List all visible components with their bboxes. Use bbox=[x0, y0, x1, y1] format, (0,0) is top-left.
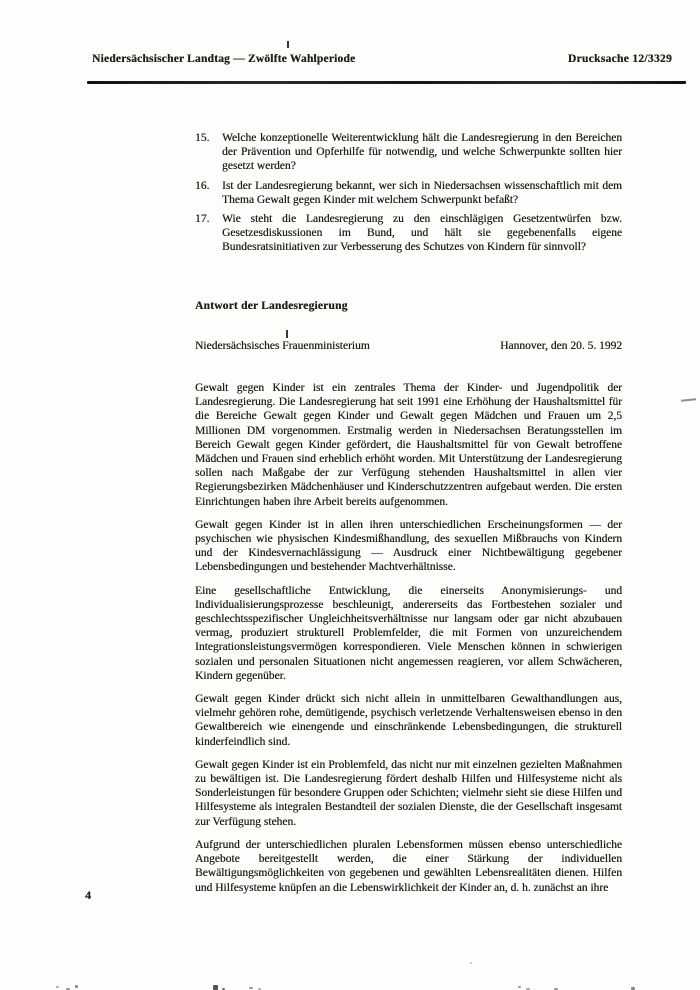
answer-paragraph: Gewalt gegen Kinder ist ein zentrales Th… bbox=[195, 381, 622, 509]
scan-artifact-tick bbox=[286, 330, 288, 338]
header-divider-rule bbox=[87, 81, 686, 84]
scan-artifact-speck bbox=[518, 986, 521, 988]
header-doc-number: Drucksache 12/3329 bbox=[568, 53, 672, 65]
question-item: 15. Welche konzeptionelle Weiterentwickl… bbox=[195, 131, 622, 174]
answer-paragraph: Gewalt gegen Kinder ist ein Problemfeld,… bbox=[195, 758, 622, 829]
scan-artifact-speck bbox=[75, 985, 78, 988]
answer-paragraph: Aufgrund der unterschiedlichen pluralen … bbox=[195, 838, 622, 895]
scan-artifact-speck bbox=[470, 962, 472, 964]
answer-paragraph: Gewalt gegen Kinder ist in allen ihren u… bbox=[195, 518, 622, 575]
document-page: Niedersächsischer Landtag — Zwölfte Wahl… bbox=[0, 0, 700, 990]
question-item: 16. Ist der Landesregierung bekannt, wer… bbox=[195, 179, 622, 207]
ministry-name: Niedersächsisches Frauenministerium bbox=[195, 340, 370, 352]
answer-heading: Antwort der Landesregierung bbox=[195, 300, 348, 312]
answer-paragraph: Eine gesellschaftliche Entwicklung, die … bbox=[195, 584, 622, 683]
scan-artifact-speck bbox=[56, 986, 59, 988]
question-text: Welche konzeptionelle Weiterentwicklung … bbox=[222, 131, 622, 174]
answer-body: Gewalt gegen Kinder ist ein zentrales Th… bbox=[195, 381, 622, 904]
scan-artifact-dash bbox=[681, 398, 696, 402]
scan-artifact-speck bbox=[249, 987, 253, 989]
ministry-row: Niedersächsisches Frauenministerium Hann… bbox=[195, 340, 622, 352]
question-number: 15. bbox=[195, 131, 222, 174]
question-number: 17. bbox=[195, 212, 222, 255]
dateline: Hannover, den 20. 5. 1992 bbox=[500, 340, 622, 352]
scan-artifact-speck bbox=[213, 985, 218, 990]
question-text: Ist der Landesregierung bekannt, wer sic… bbox=[222, 179, 622, 207]
question-number: 16. bbox=[195, 179, 222, 207]
scan-artifact-tick bbox=[287, 41, 289, 48]
question-text: Wie steht die Landesregierung zu den ein… bbox=[222, 212, 622, 255]
page-number: 4 bbox=[85, 888, 91, 903]
question-item: 17. Wie steht die Landesregierung zu den… bbox=[195, 212, 622, 255]
answer-paragraph: Gewalt gegen Kinder drückt sich nicht al… bbox=[195, 692, 622, 749]
header-title: Niedersächsischer Landtag — Zwölfte Wahl… bbox=[92, 53, 355, 65]
questions-list: 15. Welche konzeptionelle Weiterentwickl… bbox=[195, 131, 622, 260]
